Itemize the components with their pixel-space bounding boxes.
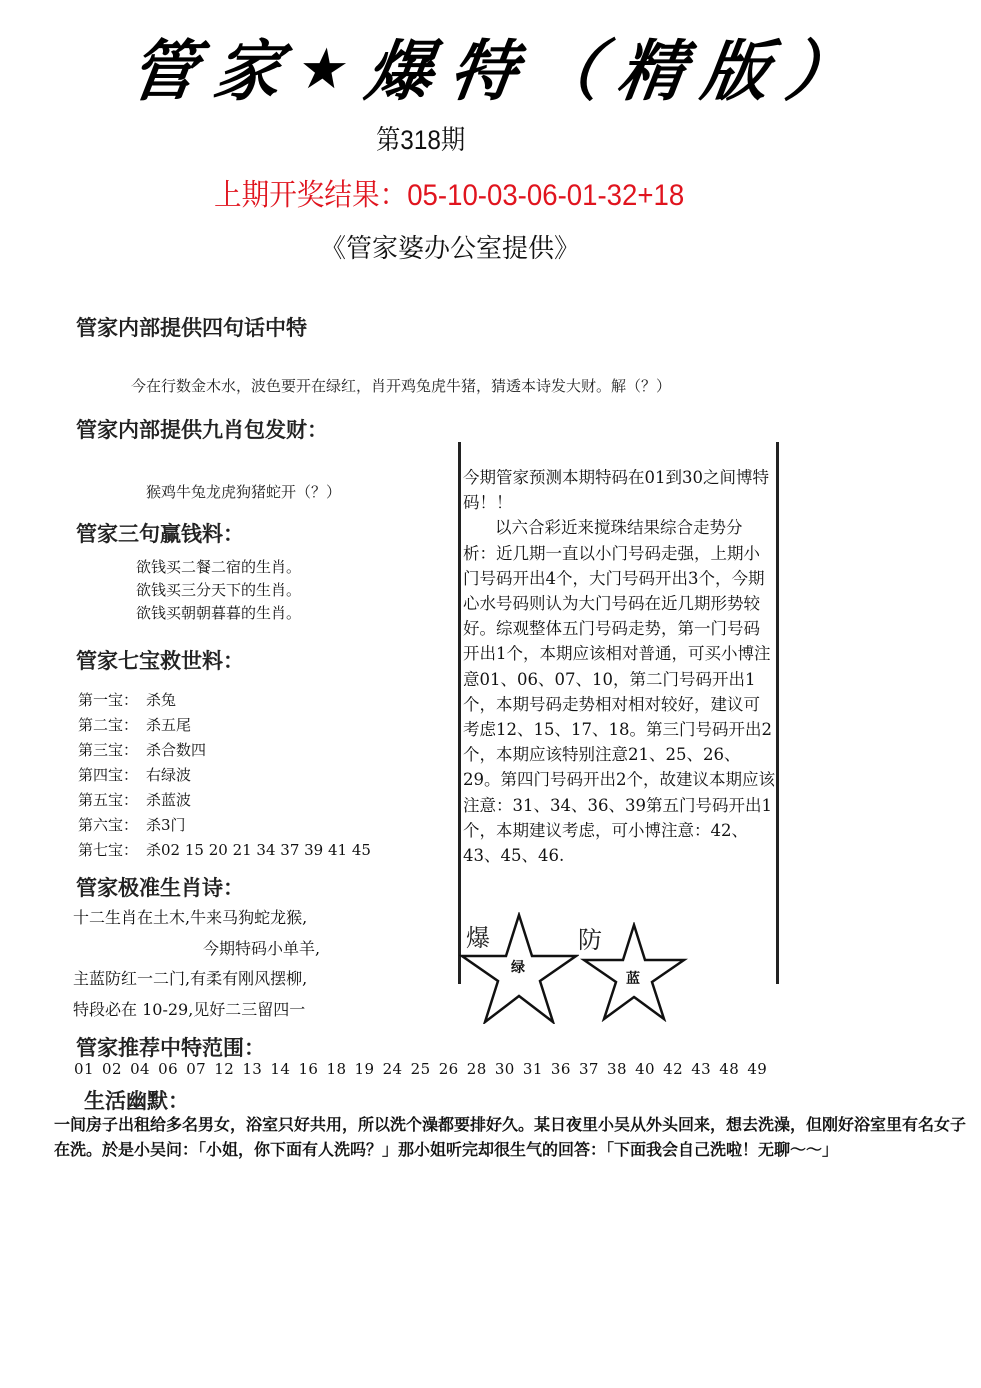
treasure-label: 第七宝： xyxy=(78,838,146,863)
treasure-value: 杀合数四 xyxy=(146,741,206,759)
section-heading-four-sentences: 管家内部提供四句话中特 xyxy=(76,312,307,342)
title-right: 爆特（精版） xyxy=(361,33,876,110)
list-item: 欲钱买二餐二宿的生肖。 xyxy=(136,556,301,579)
section-heading-seven-treasures: 管家七宝救世料： xyxy=(76,645,244,675)
analysis-body: 以六合彩近来搅珠结果综合走势分析：近几期一直以小门号码走强，上期小门号码开出4个… xyxy=(463,518,775,865)
list-item: 欲钱买三分天下的生肖。 xyxy=(136,579,301,602)
section-heading-three-sentences: 管家三句赢钱料： xyxy=(76,518,244,548)
treasure-label: 第二宝： xyxy=(78,713,146,738)
analysis-intro: 今期管家预测本期特码在01到30之间博特码！！ xyxy=(463,465,775,515)
section-heading-humor: 生活幽默： xyxy=(84,1085,189,1115)
provider-line: 《管家婆办公室提供》 xyxy=(320,228,580,265)
treasure-value: 杀蓝波 xyxy=(146,791,191,809)
star-icon: ★ xyxy=(292,20,374,120)
list-item: 欲钱买朝朝暮暮的生肖。 xyxy=(136,602,301,625)
list-item: 第六宝：杀3门 xyxy=(78,813,371,838)
last-result: 上期开奖结果：05-10-03-06-01-32+18 xyxy=(214,170,684,214)
treasure-value: 杀兔 xyxy=(146,691,176,709)
treasure-label: 第一宝： xyxy=(78,688,146,713)
list-item: 第三宝：杀合数四 xyxy=(78,738,371,763)
poem-line: 十二生肖在土木,牛来马狗蛇龙猴, xyxy=(73,903,320,934)
analysis-box-text: 今期管家预测本期特码在01到30之间博特码！！ 以六合彩近来搅珠结果综合走势分析… xyxy=(463,465,775,868)
treasure-value: 杀3门 xyxy=(146,816,186,834)
star-green-label: 绿 xyxy=(511,957,525,977)
list-item: 第四宝：右绿波 xyxy=(78,763,371,788)
seven-treasures-list: 第一宝：杀兔 第二宝：杀五尾 第三宝：杀合数四 第四宝：右绿波 第五宝：杀蓝波 … xyxy=(78,688,371,863)
zodiac-poem: 十二生肖在土木,牛来马狗蛇龙猴, 今期特码小单羊, 主蓝防红一二门,有柔有刚风摆… xyxy=(73,903,320,1025)
page-title: 管家★爆特（精版） xyxy=(123,22,878,126)
nine-zodiac-text: 猴鸡牛兔龙虎狗猪蛇开（？） xyxy=(146,481,341,502)
section-heading-zodiac-poem: 管家极准生肖诗： xyxy=(76,872,244,902)
last-result-numbers: 05-10-03-06-01-32+18 xyxy=(407,179,684,212)
humor-text: 一间房子出租给多名男女，浴室只好共用，所以洗个澡都要排好久。某日夜里小吴从外头回… xyxy=(54,1112,969,1162)
list-item: 第一宝：杀兔 xyxy=(78,688,371,713)
three-sentences-list: 欲钱买二餐二宿的生肖。 欲钱买三分天下的生肖。 欲钱买朝朝暮暮的生肖。 xyxy=(136,556,301,625)
last-result-label: 上期开奖结果： xyxy=(214,179,407,212)
treasure-label: 第五宝： xyxy=(78,788,146,813)
treasure-value: 杀五尾 xyxy=(146,716,191,734)
treasure-value: 杀02 15 20 21 34 37 39 41 45 xyxy=(146,841,371,859)
treasure-label: 第四宝： xyxy=(78,763,146,788)
treasure-label: 第三宝： xyxy=(78,738,146,763)
poem-line: 今期特码小单羊, xyxy=(73,934,320,965)
poem-line: 特段必在 10-29,见好二三留四一 xyxy=(73,995,320,1026)
four-sentences-text: 今在行数金木水，波色要开在绿红，肖开鸡兔虎牛猪，猜透本诗发大财。解（？） xyxy=(131,375,671,396)
treasure-value: 右绿波 xyxy=(146,766,191,784)
title-left: 管家 xyxy=(125,33,304,110)
treasure-label: 第六宝： xyxy=(78,813,146,838)
analysis-body-wrap: 以六合彩近来搅珠结果综合走势分析：近几期一直以小门号码走强，上期小门号码开出4个… xyxy=(463,515,775,868)
list-item: 第五宝：杀蓝波 xyxy=(78,788,371,813)
list-item: 第七宝：杀02 15 20 21 34 37 39 41 45 xyxy=(78,838,371,863)
poem-line: 主蓝防红一二门,有柔有刚风摆柳, xyxy=(73,964,320,995)
issue-number: 第318期 xyxy=(376,118,465,157)
section-heading-recommended-range: 管家推荐中特范围： xyxy=(76,1032,265,1062)
list-item: 第二宝：杀五尾 xyxy=(78,713,371,738)
recommended-numbers: 01 02 04 06 07 12 13 14 16 18 19 24 25 2… xyxy=(74,1060,767,1078)
star-blue-label: 蓝 xyxy=(626,968,640,988)
section-heading-nine-zodiac: 管家内部提供九肖包发财： xyxy=(76,414,328,444)
